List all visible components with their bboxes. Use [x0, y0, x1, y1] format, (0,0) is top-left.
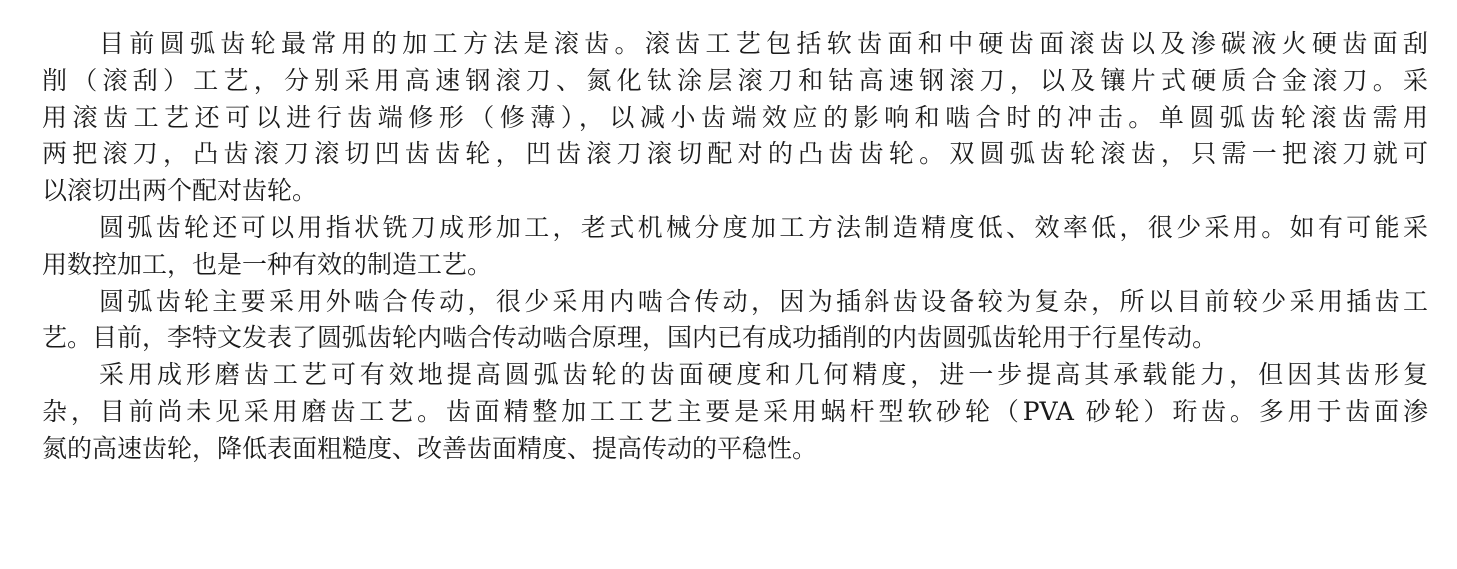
text-line: 圆弧齿轮主要采用外啮合传动，很少采用内啮合传动，因为插斜齿设备较为复杂，所以目前… — [42, 284, 1428, 321]
text-line: 采用成形磨齿工艺可有效地提高圆弧齿轮的齿面硬度和几何精度，进一步提高其承载能力，… — [42, 357, 1428, 394]
text-line: 削（滚刮）工艺，分别采用高速钢滚刀、氮化钛涂层滚刀和钴高速钢滚刀，以及镶片式硬质… — [42, 63, 1428, 100]
paragraph-shaping: 圆弧齿轮主要采用外啮合传动，很少采用内啮合传动，因为插斜齿设备较为复杂，所以目前… — [42, 284, 1428, 358]
text-line: 用数控加工，也是一种有效的制造工艺。 — [42, 247, 1428, 284]
document-page: 目前圆弧齿轮最常用的加工方法是滚齿。滚齿工艺包括软齿面和中硬齿面滚齿以及渗碳液火… — [0, 0, 1457, 569]
paragraph-grinding: 采用成形磨齿工艺可有效地提高圆弧齿轮的齿面硬度和几何精度，进一步提高其承载能力，… — [42, 357, 1428, 467]
paragraph-hobbing: 目前圆弧齿轮最常用的加工方法是滚齿。滚齿工艺包括软齿面和中硬齿面滚齿以及渗碳液火… — [42, 26, 1428, 210]
text-line: 两把滚刀，凸齿滚刀滚切凹齿齿轮，凹齿滚刀滚切配对的凸齿齿轮。双圆弧齿轮滚齿，只需… — [42, 136, 1428, 173]
body-text: 目前圆弧齿轮最常用的加工方法是滚齿。滚齿工艺包括软齿面和中硬齿面滚齿以及渗碳液火… — [42, 26, 1428, 468]
text-line: 目前圆弧齿轮最常用的加工方法是滚齿。滚齿工艺包括软齿面和中硬齿面滚齿以及渗碳液火… — [42, 26, 1428, 63]
text-line: 杂，目前尚未见采用磨齿工艺。齿面精整加工工艺主要是采用蜗杆型软砂轮（PVA 砂轮… — [42, 394, 1428, 431]
text-line: 用滚齿工艺还可以进行齿端修形（修薄），以减小齿端效应的影响和啮合时的冲击。单圆弧… — [42, 100, 1428, 137]
text-line: 以滚切出两个配对齿轮。 — [42, 173, 1428, 210]
text-line: 氮的高速齿轮，降低表面粗糙度、改善齿面精度、提高传动的平稳性。 — [42, 431, 1428, 468]
text-line: 圆弧齿轮还可以用指状铣刀成形加工，老式机械分度加工方法制造精度低、效率低，很少采… — [42, 210, 1428, 247]
paragraph-milling: 圆弧齿轮还可以用指状铣刀成形加工，老式机械分度加工方法制造精度低、效率低，很少采… — [42, 210, 1428, 284]
text-line: 艺。目前，李特文发表了圆弧齿轮内啮合传动啮合原理，国内已有成功插削的内齿圆弧齿轮… — [42, 320, 1428, 357]
